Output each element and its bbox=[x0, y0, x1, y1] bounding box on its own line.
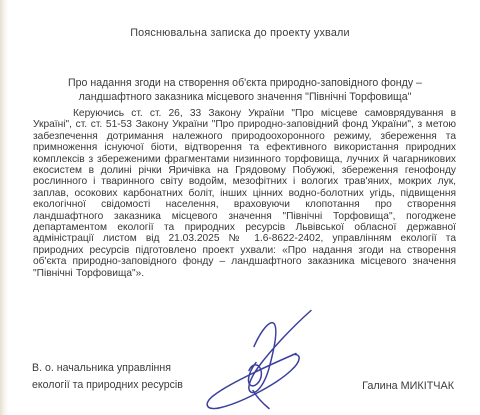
signer-position-line-1: В. о. начальника управління bbox=[32, 360, 183, 377]
scan-edge-shadow bbox=[0, 0, 9, 415]
document-page: Пояснювальна записка до проекту ухвали П… bbox=[0, 0, 480, 415]
document-subject: Про надання згоди на створення об'єкта п… bbox=[40, 76, 450, 104]
signer-name: Галина МИКІТЧАК bbox=[362, 380, 454, 392]
document-title: Пояснювальна записка до проекту ухвали bbox=[0, 27, 480, 39]
signer-position-line-2: екології та природних ресурсів bbox=[32, 377, 183, 394]
signer-position: В. о. начальника управління екології та … bbox=[32, 360, 183, 394]
document-body-paragraph: Керуючись ст. ст. 26, 33 Закону України … bbox=[33, 108, 456, 279]
handwritten-signature-ink bbox=[193, 302, 338, 415]
subject-line-1: Про надання згоди на створення об'єкта п… bbox=[40, 76, 450, 90]
subject-line-2: ландшафтного заказника місцевого значенн… bbox=[40, 90, 450, 104]
